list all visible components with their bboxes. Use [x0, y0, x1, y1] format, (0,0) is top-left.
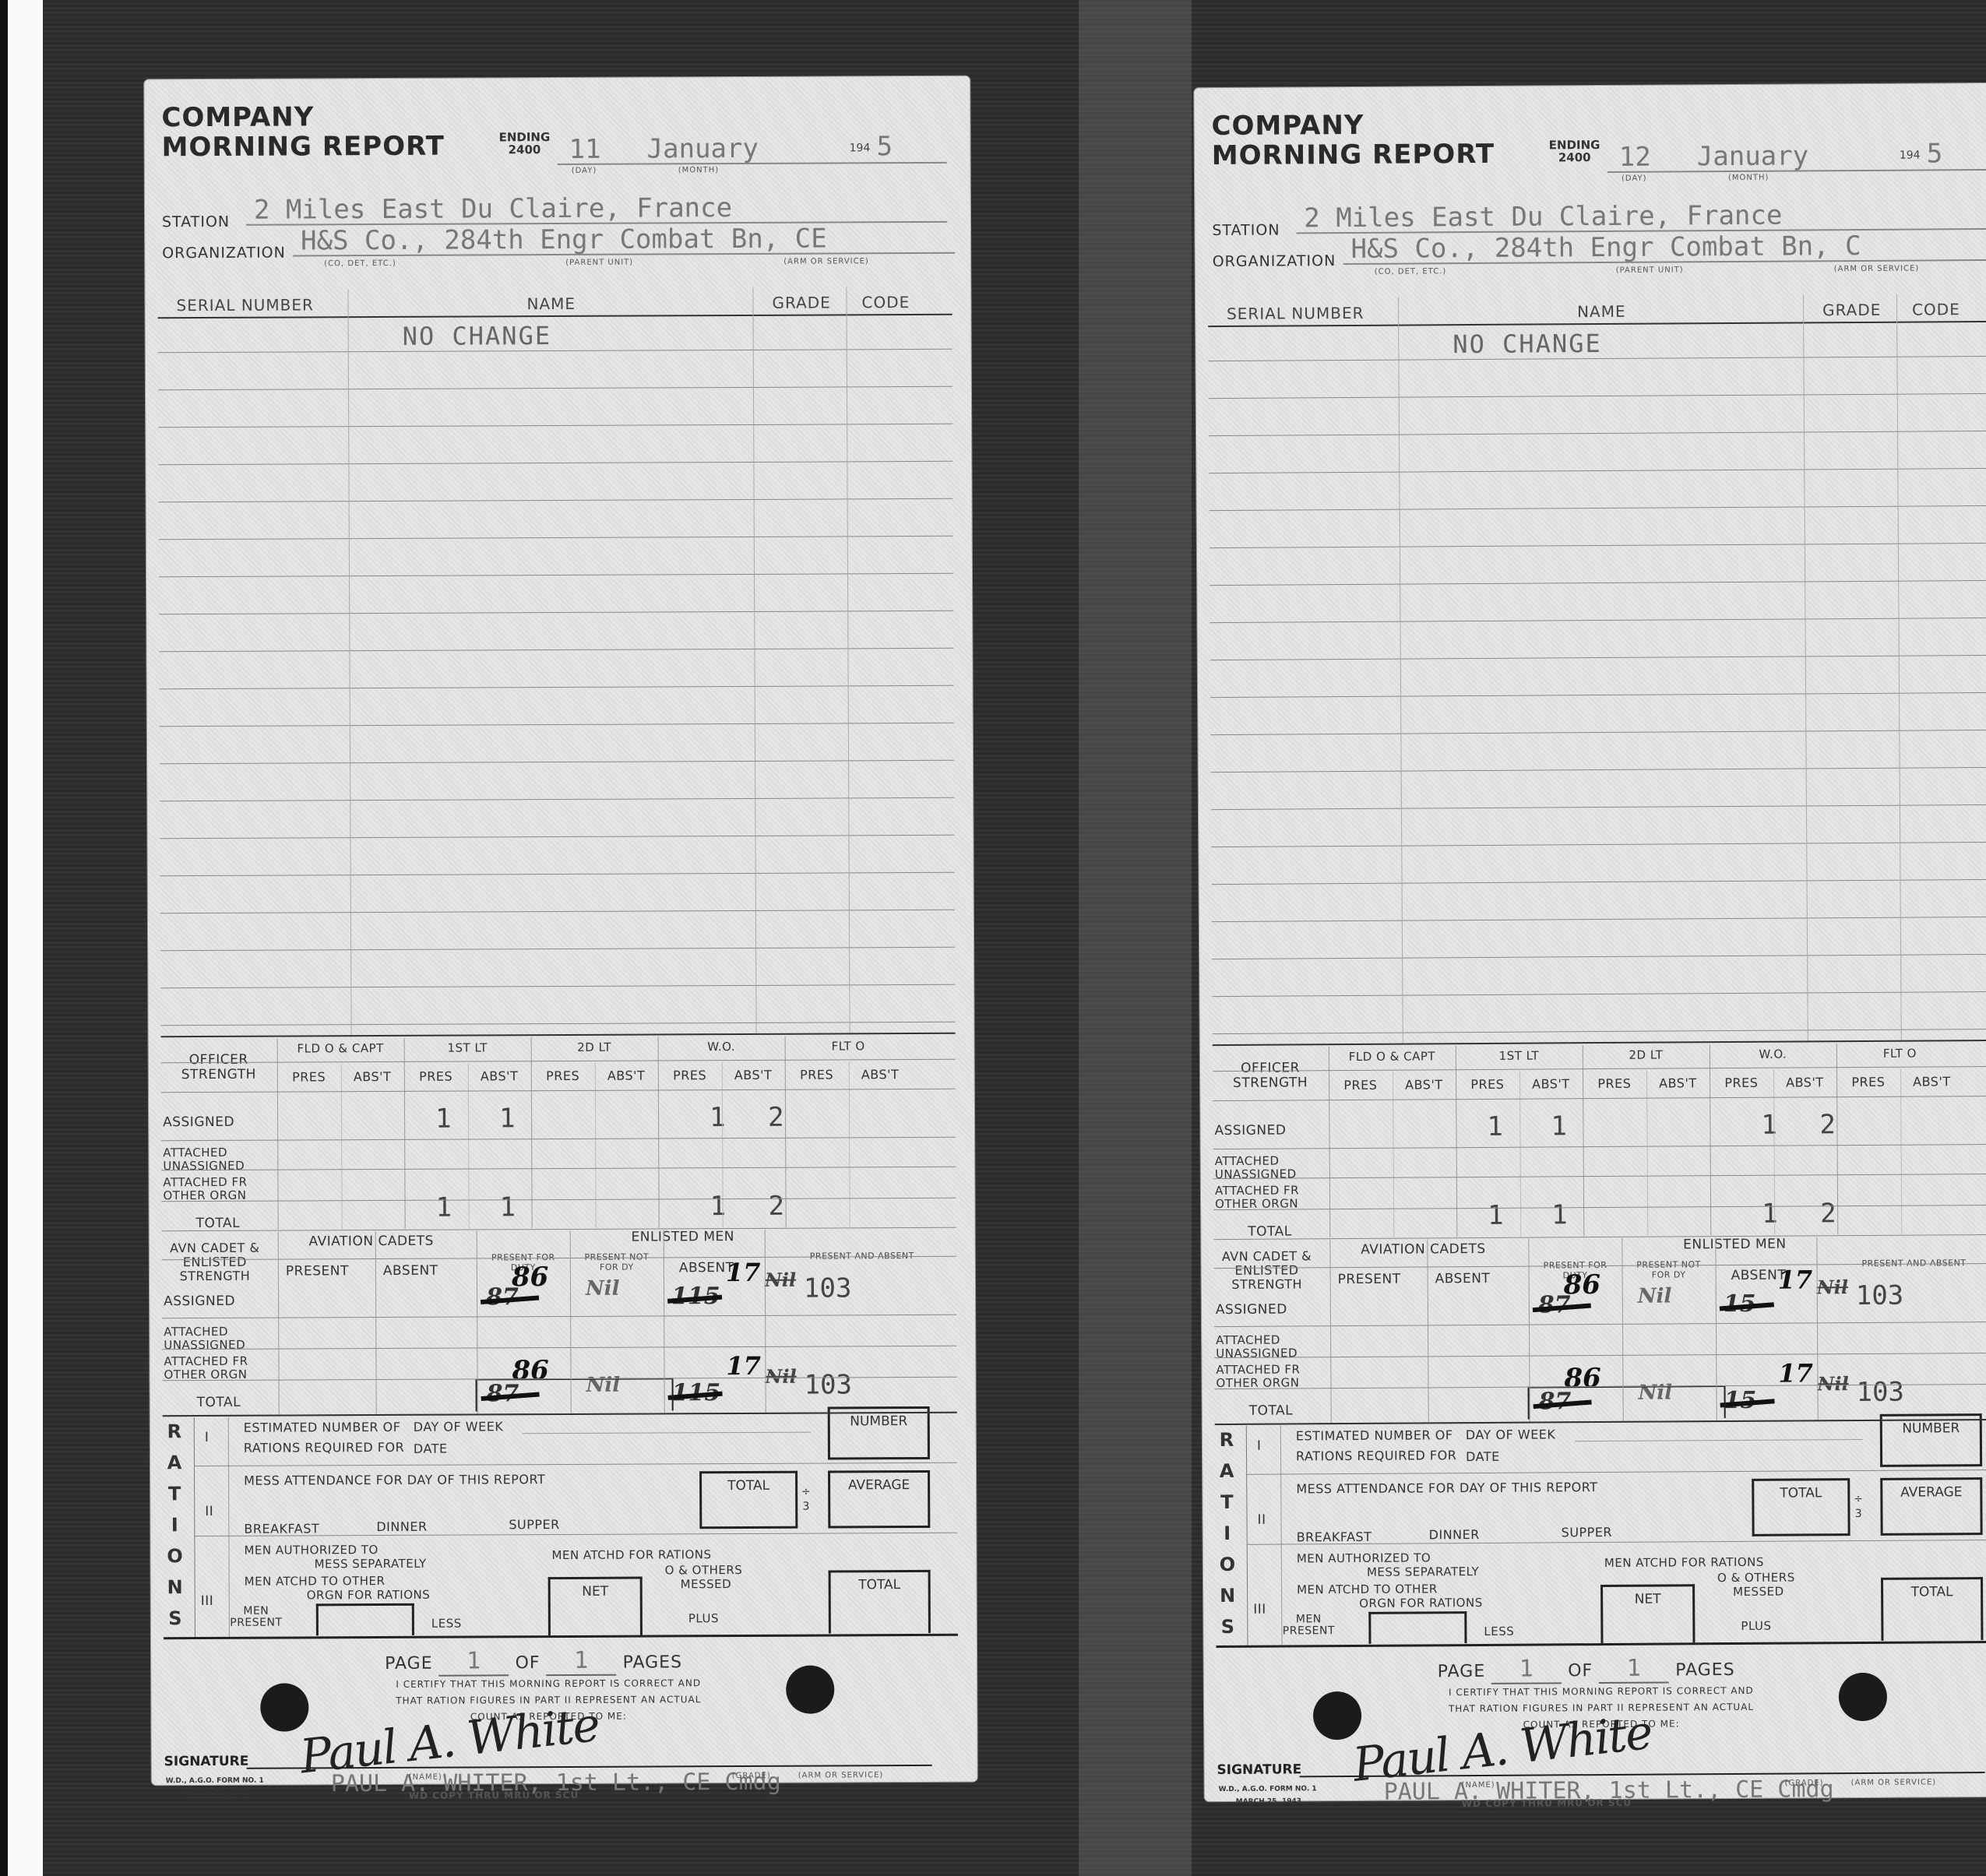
ending-label: ENDING2400 [1549, 139, 1600, 164]
entry-line [1210, 730, 1986, 735]
number-box[interactable]: NUMBER [1880, 1413, 1982, 1467]
form-title: COMPANYMORNING REPORT [161, 102, 445, 163]
rations-letter: A [163, 1452, 186, 1473]
em-total-absent: 17 [726, 1351, 761, 1381]
col-serial-number: SERIAL NUMBER [1227, 304, 1364, 323]
em-total-present-and-absent: 103 [1856, 1377, 1904, 1408]
officer-group-header: 2D LT [531, 1040, 658, 1055]
rations-part-2: II [205, 1505, 213, 1519]
rations-part-1: I [1257, 1439, 1262, 1454]
cadets-present-label: PRESENT [1338, 1272, 1401, 1287]
serial-divider [1398, 297, 1403, 1045]
other-orgn-label-1: MEN ATCHD TO OTHER [1297, 1582, 1438, 1597]
rations-estimated-label: ESTIMATED NUMBER OF [244, 1420, 401, 1435]
entry-line [158, 349, 953, 353]
other-orgn-label-2: ORGN FOR RATIONS [307, 1588, 431, 1603]
officer-group-header: 2D LT [1583, 1047, 1710, 1063]
officer-subcol-divider [1646, 1071, 1648, 1236]
entry-line [1212, 991, 1986, 997]
station-label: STATION [162, 213, 230, 231]
signature-label: SIGNATURE [164, 1754, 249, 1769]
officer-group-header: FLD O & CAPT [277, 1041, 404, 1057]
entry-line [1212, 954, 1986, 959]
number-box[interactable]: NUMBER [828, 1406, 930, 1460]
caption-grade: (GRADE) [1785, 1779, 1824, 1787]
entry-line [159, 648, 953, 652]
officer-subcol-header: PRES [531, 1068, 595, 1083]
em-assigned-absent: 17 [726, 1258, 761, 1287]
officer-group-header: FLT O [1836, 1046, 1963, 1061]
off-assigned-wo-pres: 1 [1761, 1110, 1777, 1141]
entry-line [160, 760, 954, 764]
off-total-wo-pres: 1 [1762, 1198, 1778, 1230]
net-box[interactable]: NET [1600, 1584, 1695, 1643]
page-number: 1 [1491, 1655, 1562, 1684]
rations-letter: N [164, 1576, 187, 1598]
enlisted-row-assigned: ASSIGNED [164, 1294, 235, 1309]
rations-letter: A [1215, 1460, 1238, 1482]
rations-letter: N [1216, 1585, 1239, 1607]
organization-label: ORGANIZATION [1213, 252, 1336, 270]
officer-strength-label: OFFICER STRENGTH [1216, 1061, 1325, 1091]
page-number: 1 [439, 1647, 509, 1676]
rations-letter: R [1215, 1429, 1238, 1451]
rations-part-2: II [1257, 1513, 1266, 1528]
breakfast-label: BREAKFAST [1297, 1529, 1372, 1545]
grade-divider [1896, 294, 1902, 1042]
off-total-wo-pres: 1 [710, 1191, 726, 1222]
rations-part-3: III [1253, 1603, 1266, 1617]
rations-row-line [194, 1462, 957, 1466]
em-assigned-pfd: 86 [512, 1262, 549, 1293]
caption-name: (NAME) [1462, 1781, 1495, 1790]
dinner-label: DINNER [376, 1519, 427, 1534]
col-serial-number: SERIAL NUMBER [176, 295, 314, 315]
officer-row-assigned: ASSIGNED [1214, 1124, 1286, 1139]
serial-divider [347, 289, 351, 1037]
off-total-1stlt-pres: 1 [1488, 1200, 1504, 1231]
entry-line [160, 910, 955, 913]
divide-by-three: ÷ 3 [1850, 1492, 1866, 1522]
officer-row-line [161, 1137, 956, 1141]
enlisted-men-label: ENLISTED MEN [586, 1230, 780, 1245]
org-caption-parent: (PARENT UNIT) [1616, 266, 1684, 275]
entry-no-change: NO CHANGE [403, 321, 552, 351]
officer-subcol-header: ABS'T [1393, 1077, 1456, 1092]
report-year-digit: 5 [1927, 138, 1943, 169]
org-caption-unit: (CO, DET, ETC.) [324, 259, 396, 268]
rations-letter: R [163, 1420, 186, 1442]
off-total-1stlt-abst: 1 [1551, 1199, 1568, 1230]
enlisted-row-total: TOTAL [1249, 1403, 1294, 1418]
rations-divider [1246, 1426, 1248, 1645]
col-code: CODE [861, 293, 910, 311]
men-present-box[interactable] [1368, 1611, 1467, 1644]
officer-subcol-header: ABS'T [594, 1068, 658, 1082]
morning-report-form-jan-12: COMPANYMORNING REPORT ENDING2400 12 Janu… [1194, 83, 1986, 1801]
entry-line [1213, 1029, 1986, 1034]
punch-hole-left [260, 1683, 308, 1731]
atchd-rations-label-1: MEN ATCHD FOR RATIONS [551, 1547, 711, 1563]
form-date: MARCH 25, 1943 [183, 1790, 248, 1797]
punch-hole-left [1313, 1691, 1361, 1740]
mess-total-box[interactable]: TOTAL [1752, 1478, 1850, 1536]
off-assigned-1stlt-abst: 1 [499, 1103, 516, 1134]
rations-letter: O [163, 1545, 186, 1567]
entry-line [160, 984, 955, 988]
em-assigned-pnfd: Nil [1638, 1284, 1672, 1308]
officer-subcol-header: PRES [1583, 1076, 1646, 1091]
col-grade: GRADE [772, 293, 830, 311]
day-caption: (DAY) [1622, 174, 1647, 183]
mess-attendance-label: MESS ATTENDANCE FOR DAY OF THIS REPORT [244, 1472, 545, 1488]
rations-part-divider [1280, 1426, 1283, 1645]
mess-total-box[interactable]: TOTAL [699, 1471, 798, 1529]
em-assigned-pa-struck: Nil [765, 1269, 796, 1291]
signature-label: SIGNATURE [1217, 1762, 1301, 1778]
rations-letter: O [1216, 1554, 1239, 1575]
form-title: COMPANYMORNING REPORT [1211, 110, 1495, 171]
officer-group-header: FLT O [785, 1039, 912, 1054]
cadets-absent-label: ABSENT [383, 1264, 438, 1279]
officer-group-header: W.O. [1710, 1047, 1836, 1062]
enlisted-men-label: ENLISTED MEN [1637, 1237, 1832, 1253]
organization-label: ORGANIZATION [162, 245, 286, 262]
rations-total-box[interactable]: TOTAL [1881, 1577, 1983, 1641]
entry-line [158, 386, 953, 390]
officer-subcol-header: PRES [1329, 1078, 1393, 1093]
rations-required-label: RATIONS REQUIRED FOR [1296, 1448, 1456, 1463]
rations-letter: T [163, 1483, 186, 1505]
off-assigned-wo-abst: 2 [768, 1102, 784, 1133]
org-caption-unit: (CO, DET, ETC.) [1375, 267, 1447, 276]
officer-subcol-header: PRES [658, 1068, 722, 1082]
rations-letter: I [163, 1514, 186, 1536]
report-month: January [647, 133, 759, 165]
off-total-1stlt-abst: 1 [499, 1191, 516, 1223]
routing-note: WD COPY THRU MRU OR SCU [1462, 1797, 1632, 1809]
atchd-rations-label-3: MESSED [681, 1577, 732, 1592]
mess-sep-label-1: MEN AUTHORIZED TO [244, 1543, 378, 1558]
officer-subcol-header: ABS'T [1519, 1076, 1583, 1091]
month-caption: (MONTH) [678, 166, 719, 174]
report-year-digit: 5 [877, 131, 893, 162]
punch-hole-right [1839, 1673, 1887, 1721]
station-label: STATION [1212, 222, 1280, 240]
officer-row-line [161, 1167, 956, 1170]
mess-sep-label-2: MESS SEPARATELY [315, 1557, 427, 1572]
enlisted-strength-label: AVN CADET & ENLISTED STRENGTH [160, 1241, 269, 1284]
officer-subcol-header: ABS'T [340, 1069, 404, 1084]
date-label: DATE [1466, 1449, 1500, 1464]
entry-line [1212, 879, 1986, 885]
org-caption-arm: (ARM OR SERVICE) [783, 257, 869, 266]
col-name: NAME [526, 294, 576, 313]
col-grade: GRADE [1822, 301, 1881, 319]
entry-line [1209, 431, 1986, 436]
em-assigned-pa-struck: Nil [1817, 1276, 1848, 1298]
entry-line [159, 536, 953, 540]
em-assigned-present-and-absent: 103 [1856, 1280, 1904, 1311]
officer-row-line [161, 1059, 956, 1063]
officer-row-line [162, 1227, 956, 1231]
col-name: NAME [1577, 302, 1626, 321]
rations-letter: T [1215, 1491, 1238, 1513]
supper-label: SUPPER [509, 1517, 559, 1532]
officer-row-attached-other: ATTACHED FR OTHER ORGN [163, 1176, 272, 1203]
punch-hole-right [786, 1665, 834, 1713]
rations-total-box[interactable]: TOTAL [829, 1570, 931, 1634]
supper-label: SUPPER [1562, 1525, 1613, 1540]
rations-letter: S [1216, 1616, 1239, 1638]
officer-subcol-header: PRES [404, 1069, 468, 1084]
enlisted-row-attached-other: ATTACHED FR OTHER ORGN [1216, 1363, 1325, 1390]
mess-sep-label-2: MESS SEPARATELY [1367, 1565, 1479, 1580]
page-total: 1 [546, 1647, 616, 1676]
report-date: 12 January 194 5 (DAY) (MONTH) [1607, 138, 1986, 173]
officer-row-total: TOTAL [196, 1216, 241, 1231]
officer-subcol-header: PRES [1710, 1075, 1773, 1090]
form-id: W.D., A.G.O. FORM NO. 1 [166, 1777, 264, 1786]
station-field: 2 Miles East Du Claire, France [1296, 202, 1986, 234]
entry-line [160, 835, 954, 839]
officer-subcol-header: ABS'T [467, 1068, 531, 1083]
officer-subcol-header: ABS'T [721, 1068, 785, 1082]
enlisted-row-attached-other: ATTACHED FR OTHER ORGN [164, 1355, 273, 1382]
men-present-label: MEN PRESENT [225, 1606, 287, 1629]
officer-subcol-divider [848, 1061, 850, 1227]
caption-name: (NAME) [409, 1773, 442, 1782]
officer-subcol-divider [1900, 1069, 1902, 1234]
net-box[interactable]: NET [548, 1577, 643, 1636]
rations-part-3: III [201, 1594, 214, 1609]
rations-divider [194, 1417, 195, 1637]
atchd-rations-label-2: O & OTHERS [1717, 1571, 1795, 1586]
em-total-absent: 17 [1778, 1358, 1813, 1388]
col-code: CODE [1912, 300, 1960, 319]
off-assigned-1stlt-abst: 1 [1551, 1110, 1567, 1142]
org-caption-parent: (PARENT UNIT) [565, 259, 633, 267]
routing-note: WD COPY THRU MRU OR SCU [409, 1790, 579, 1801]
em-assigned-present-and-absent: 103 [804, 1272, 852, 1304]
entry-line [160, 872, 955, 876]
rations-letter: S [164, 1607, 187, 1629]
officer-subcol-divider [467, 1064, 469, 1229]
other-orgn-label-1: MEN ATCHD TO OTHER [245, 1574, 386, 1589]
entry-line [1210, 618, 1986, 623]
average-box[interactable]: AVERAGE [828, 1470, 930, 1529]
average-box[interactable]: AVERAGE [1880, 1477, 1982, 1536]
rations-part-1: I [205, 1431, 210, 1445]
em-total-pa-struck: Nil [1817, 1372, 1848, 1395]
men-present-box[interactable] [316, 1603, 414, 1636]
officer-subcol-header: PRES [1836, 1075, 1900, 1089]
officer-group-header: 1ST LT [1456, 1048, 1583, 1064]
entry-line [1211, 842, 1986, 847]
rations-letter: I [1216, 1522, 1239, 1544]
officer-subcol-header: PRES [277, 1069, 341, 1084]
mess-sep-label-1: MEN AUTHORIZED TO [1297, 1550, 1431, 1566]
entry-line [161, 1022, 956, 1026]
officer-subcol-divider [340, 1064, 342, 1229]
rations-part-divider [228, 1417, 230, 1637]
day-of-week-field[interactable] [1575, 1414, 1863, 1441]
em-assigned-pfd: 86 [1564, 1269, 1601, 1301]
rations-required-label: RATIONS REQUIRED FOR [244, 1440, 404, 1455]
off-total-wo-abst: 2 [768, 1191, 784, 1222]
caption-arm: (ARM OR SERVICE) [1851, 1778, 1937, 1787]
page-indicator: PAGE 1 OF 1 PAGES [1438, 1654, 1735, 1684]
report-year-prefix: 194 [1900, 150, 1921, 162]
officer-subcol-divider [1519, 1072, 1521, 1237]
enlisted-strength-label: AVN CADET & ENLISTED STRENGTH [1212, 1249, 1321, 1292]
report-year-prefix: 194 [850, 142, 871, 154]
em-total-present-and-absent: 103 [804, 1369, 852, 1400]
entry-line [160, 797, 954, 801]
officer-row-attached-other: ATTACHED FR OTHER ORGN [1215, 1184, 1324, 1211]
officer-subcol-divider [594, 1063, 596, 1228]
scan-edge [0, 0, 8, 1876]
off-assigned-wo-abst: 2 [1819, 1109, 1836, 1140]
page-total: 1 [1599, 1655, 1669, 1684]
atchd-rations-label-3: MESSED [1733, 1585, 1784, 1600]
organization-field: H&S Co., 284th Engr Combat Bn, C [1343, 233, 1986, 265]
station-field: 2 Miles East Du Claire, France [246, 195, 947, 226]
officer-subcol-header: PRES [785, 1067, 849, 1082]
day-caption: (DAY) [572, 167, 597, 175]
less-label: LESS [431, 1617, 462, 1631]
rations-row-line [1246, 1469, 1986, 1475]
breakfast-label: BREAKFAST [244, 1521, 319, 1536]
report-day: 12 [1619, 142, 1651, 173]
entry-line [1210, 580, 1986, 586]
officer-row-line [162, 1198, 956, 1202]
scan-margin [8, 0, 43, 1876]
officer-subcol-header: ABS'T [1900, 1074, 1964, 1089]
entry-line [1209, 468, 1986, 473]
entry-line [159, 573, 953, 577]
enlisted-row-line [162, 1346, 956, 1350]
enlisted-row-total: TOTAL [197, 1396, 241, 1410]
men-present-label: MEN PRESENT [1277, 1614, 1340, 1637]
day-of-week-label: DAY OF WEEK [414, 1419, 504, 1434]
morning-report-form-jan-11: COMPANYMORNING REPORT ENDING2400 11 Janu… [144, 76, 977, 1786]
report-day: 11 [569, 134, 601, 165]
dinner-label: DINNER [1429, 1527, 1480, 1542]
entry-line [1210, 655, 1986, 660]
entry-line [1210, 692, 1986, 698]
less-label: LESS [1484, 1624, 1514, 1639]
entry-line [160, 947, 955, 951]
off-assigned-wo-pres: 1 [710, 1102, 726, 1133]
name-divider [1803, 294, 1808, 1042]
off-assigned-1stlt-pres: 1 [435, 1103, 452, 1135]
form-id: W.D., A.G.O. FORM NO. 1 [1219, 1785, 1317, 1793]
cadets-present-label: PRESENT [286, 1264, 349, 1279]
officer-row-line [161, 1089, 956, 1093]
officer-row-total: TOTAL [1248, 1224, 1292, 1239]
officer-group-header: FLD O & CAPT [1329, 1049, 1456, 1065]
atchd-rations-label-2: O & OTHERS [665, 1563, 743, 1578]
caption-arm: (ARM OR SERVICE) [798, 1771, 884, 1779]
total-box-mark [476, 1378, 674, 1411]
date-label: DATE [414, 1441, 448, 1456]
aviation-cadets-label: AVIATION CADETS [282, 1234, 461, 1250]
day-of-week-field[interactable] [523, 1407, 811, 1434]
caption-grade: (GRADE) [732, 1772, 771, 1780]
day-of-week-label: DAY OF WEEK [1466, 1427, 1556, 1442]
officer-subcol-divider [721, 1062, 723, 1227]
em-present-not-for-duty: PRESENT NOT FOR DY [574, 1251, 660, 1272]
entry-line [158, 424, 953, 428]
entry-line [1210, 505, 1986, 511]
off-total-1stlt-pres: 1 [435, 1192, 452, 1223]
em-assigned-absent: 17 [1778, 1265, 1813, 1294]
plus-label: PLUS [688, 1611, 719, 1626]
mess-attendance-label: MESS ATTENDANCE FOR DAY OF THIS REPORT [1296, 1480, 1597, 1496]
section-rule [1213, 1040, 1986, 1046]
page-indicator: PAGE 1 OF 1 PAGES [385, 1646, 682, 1677]
officer-subcol-header: PRES [1456, 1077, 1519, 1092]
officer-subcol-divider [1773, 1070, 1775, 1235]
org-caption-arm: (ARM OR SERVICE) [1834, 265, 1920, 274]
other-orgn-label-2: ORGN FOR RATIONS [1359, 1596, 1483, 1611]
entry-line [1211, 767, 1986, 773]
organization-field: H&S Co., 284th Engr Combat Bn, CE [293, 226, 955, 257]
rations-estimated-label: ESTIMATED NUMBER OF [1296, 1427, 1453, 1443]
officer-subcol-header: ABS'T [848, 1067, 912, 1082]
section-rule [161, 1033, 956, 1037]
entry-line [158, 461, 953, 465]
entry-line [1210, 543, 1986, 548]
report-date: 11 January 194 5 (DAY) (MONTH) [558, 131, 947, 165]
entry-line [160, 723, 954, 727]
em-total-pa-struck: Nil [765, 1365, 796, 1388]
officer-subcol-header: ABS'T [1773, 1075, 1837, 1089]
off-assigned-1stlt-pres: 1 [1487, 1111, 1503, 1142]
ending-label: ENDING2400 [499, 131, 551, 156]
entry-line [1211, 804, 1986, 810]
off-total-wo-abst: 2 [1820, 1198, 1836, 1229]
officer-subcol-header: ABS'T [1646, 1075, 1710, 1090]
entry-line [1212, 917, 1986, 922]
atchd-rations-label-1: MEN ATCHD FOR RATIONS [1604, 1555, 1764, 1571]
em-present-not-for-duty: PRESENT NOT FOR DY [1625, 1259, 1711, 1280]
officer-row-assigned: ASSIGNED [163, 1115, 234, 1130]
aviation-cadets-label: AVIATION CADETS [1333, 1242, 1512, 1258]
entry-line [159, 611, 953, 614]
divide-by-three: ÷ 3 [798, 1485, 814, 1515]
header-rule [158, 314, 953, 319]
entry-line [159, 498, 953, 502]
officer-strength-label: OFFICER STRENGTH [164, 1053, 273, 1083]
enlisted-row-assigned: ASSIGNED [1216, 1302, 1287, 1318]
total-box-mark [1527, 1385, 1725, 1420]
cadets-absent-label: ABSENT [1435, 1272, 1491, 1286]
grade-divider [846, 287, 850, 1034]
entry-no-change: NO CHANGE [1453, 329, 1602, 359]
month-caption: (MONTH) [1728, 174, 1769, 182]
entry-line [1209, 393, 1986, 399]
enlisted-row-line [162, 1315, 956, 1318]
officer-group-header: W.O. [658, 1040, 785, 1055]
officer-group-header: 1ST LT [404, 1040, 531, 1056]
report-month: January [1697, 140, 1809, 172]
name-divider [752, 287, 756, 1035]
officer-subcol-divider [1393, 1072, 1394, 1237]
em-assigned-pnfd: Nil [586, 1277, 620, 1301]
entry-line [160, 685, 954, 689]
